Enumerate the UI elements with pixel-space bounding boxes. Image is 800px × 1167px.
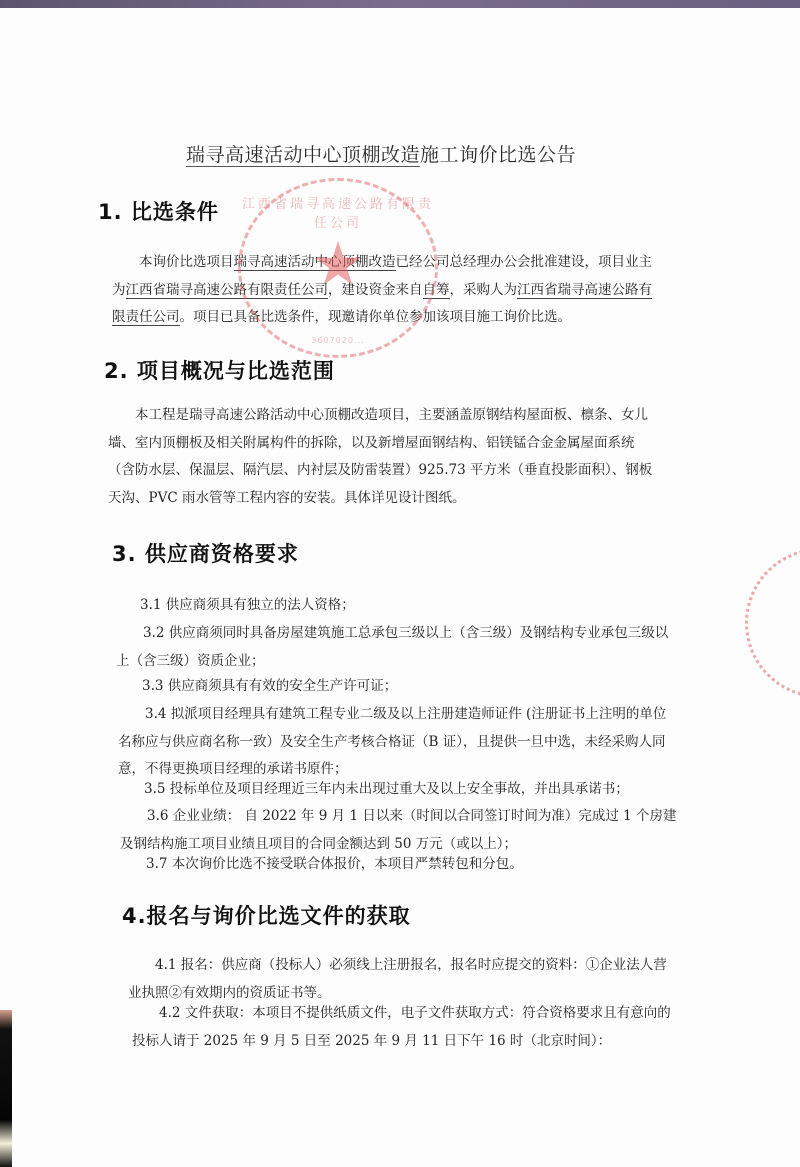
document-title: 瑞寻高速活动中心顶棚改造施工询价比选公告 — [186, 140, 576, 167]
requirement-3-6: 3.6 企业业绩： 自 2022 年 9 月 1 日以来（时间以合同签订时间为准… — [120, 803, 680, 858]
clause-4-2: 4.2 文件获取：本项目不提供纸质文件，电子文件获取方式：符合资格要求且有意向的… — [132, 1000, 684, 1055]
text: ，建设资金来自 — [328, 282, 423, 298]
edge-seal-stamp — [745, 548, 800, 698]
requirement-3-7: 3.7 本次询价比选不接受联合体报价，本项目严禁转包和分包。 — [146, 851, 686, 879]
section-4-heading: 4.报名与询价比选文件的获取 — [122, 900, 411, 930]
project-name: 瑞寻高速活动中心顶棚改造 — [234, 254, 396, 271]
section-1-heading: 1. 比选条件 — [98, 196, 219, 226]
seal-ring-text: 江西省瑞寻高速公路有限责任公司 — [241, 193, 435, 231]
section-1-paragraph: 本询价比选项目瑞寻高速活动中心顶棚改造已经公司总经理办公会批准建设，项目业主为江… — [112, 249, 662, 332]
requirement-3-2: 3.2 供应商须同时具备房屋建筑施工总承包三级以上（含三级）及钢结构专业承包三级… — [116, 620, 674, 675]
text: ，采购人为 — [450, 282, 518, 298]
requirement-3-5: 3.5 投标单位及项目经理近三年内未出现过重大及以上安全事故，并出具承诺书； — [144, 776, 704, 804]
owner-name: 江西省瑞寻高速公路有限责任公司 — [126, 282, 329, 299]
title-project-name: 瑞寻高速活动中心顶棚改造 — [186, 144, 420, 167]
title-suffix: 施工询价比选公告 — [420, 144, 576, 166]
seal-code: 3607020... — [241, 336, 435, 345]
requirement-3-4: 3.4 拟派项目经理具有建筑工程专业二级及以上注册建造师证件 (注册证书上注明的… — [118, 701, 678, 784]
funding-source: 自筹 — [423, 282, 450, 299]
section-2-paragraph: 本工程是瑞寻高速公路活动中心顶棚改造项目，主要涵盖原钢结构屋面板、檩条、女儿墙、… — [108, 402, 660, 512]
requirement-3-3: 3.3 供应商须具有有效的安全生产许可证； — [142, 673, 682, 701]
clause-4-1: 4.1 报名：供应商（投标人）必须线上注册报名，报名时应提交的资料：①企业法人营… — [128, 952, 680, 1007]
document-page: 瑞寻高速活动中心顶棚改造施工询价比选公告 1. 比选条件 本询价比选项目瑞寻高速… — [0, 0, 800, 1167]
requirement-3-1: 3.1 供应商须具有独立的法人资格； — [140, 592, 680, 620]
text: 。项目已具备比选条件，现邀请你单位参加该项目施工询价比选。 — [180, 309, 572, 325]
section-3-heading: 3. 供应商资格要求 — [112, 538, 299, 568]
section-2-heading: 2. 项目概况与比选范围 — [104, 355, 335, 385]
text: 本询价比选项目 — [139, 254, 234, 270]
